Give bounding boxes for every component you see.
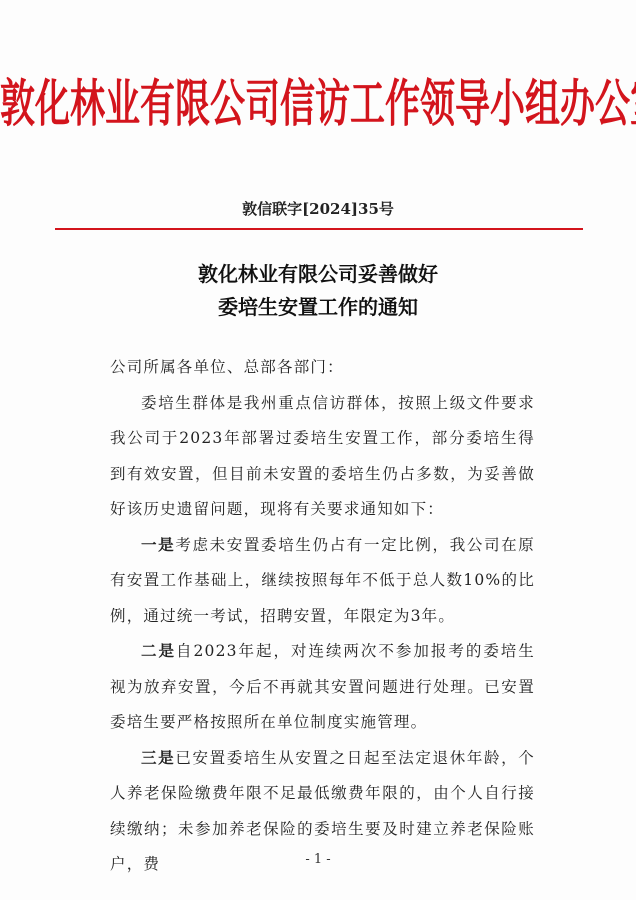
issuer-header: 敦化林业有限公司信访工作领导小组办公室 (0, 76, 636, 134)
paragraph-lead: 二是 (141, 642, 176, 660)
salutation: 公司所属各单位、总部各部门： (110, 350, 535, 386)
title-line-1: 敦化林业有限公司妥善做好 (0, 258, 636, 291)
paragraph-item-2: 二是自2023年起，对连续两次不参加报考的委培生视为放弃安置，今后不再就其安置问… (110, 634, 535, 741)
page-number: - 1 - (0, 852, 636, 867)
title-line-2: 委培生安置工作的通知 (0, 291, 636, 324)
document-body: 公司所属各单位、总部各部门： 委培生群体是我州重点信访群体，按照上级文件要求我公… (110, 350, 535, 883)
paragraph-lead: 三是 (141, 749, 175, 767)
document-number: 敦信联字[2024]35号 (0, 198, 636, 219)
paragraph-text: 委培生群体是我州重点信访群体，按照上级文件要求我公司于2023年部署过委培生安置… (110, 394, 535, 519)
paragraph-item-1: 一是考虑未安置委培生仍占有一定比例，我公司在原有安置工作基础上，继续按照每年不低… (110, 528, 535, 635)
paragraph-lead: 一是 (141, 536, 175, 554)
document-title: 敦化林业有限公司妥善做好 委培生安置工作的通知 (0, 258, 636, 324)
red-divider-line (55, 228, 583, 230)
document-page: 敦化林业有限公司信访工作领导小组办公室 敦信联字[2024]35号 敦化林业有限… (0, 0, 636, 900)
paragraph-intro: 委培生群体是我州重点信访群体，按照上级文件要求我公司于2023年部署过委培生安置… (110, 386, 535, 528)
